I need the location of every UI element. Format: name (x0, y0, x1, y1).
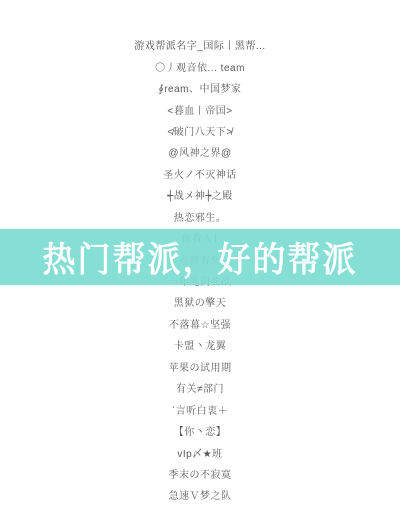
promo-banner-text: 热门帮派，好的帮派 (43, 232, 358, 281)
list-item: 急速Ｖ梦之队 (169, 484, 232, 505)
list-item: ∮ream、中国梦家 (159, 77, 242, 98)
list-item: 苹果の试用期 (169, 356, 232, 377)
list-item: ˊ言听白衷＋ (172, 398, 228, 419)
list-item: 不落幕☆坚强 (169, 313, 231, 334)
list-item: 〇丿观音依... team (155, 55, 245, 76)
list-item: 【你丶恋】 (174, 420, 227, 441)
list-item: 圣火ノ不灭神话 (163, 163, 237, 184)
list-item: @风神之界@ (168, 141, 231, 162)
list-item: 有关≠部门 (176, 377, 224, 398)
article-page: 游戏帮派名字_国际丨黑帮... 〇丿观音依... team ∮ream、中国梦家… (0, 0, 400, 508)
list-item: 季末の不寂寞 (169, 463, 232, 484)
list-item: 黑狱の擎天 (174, 291, 227, 312)
list-item: vIp〆★班 (177, 441, 222, 462)
article-title: 游戏帮派名字_国际丨黑帮... (134, 34, 265, 55)
list-item: 卡盟丶龙翼 (174, 334, 227, 355)
list-item: ≮破门八天下≯ (167, 120, 232, 141)
list-item: <暮血丨帝国> (167, 98, 232, 119)
list-item: 热恋邪生。 (174, 206, 227, 227)
list-item: ┽战メ神┾之殿 (167, 184, 233, 205)
promo-banner: 热门帮派，好的帮派 (0, 229, 400, 285)
